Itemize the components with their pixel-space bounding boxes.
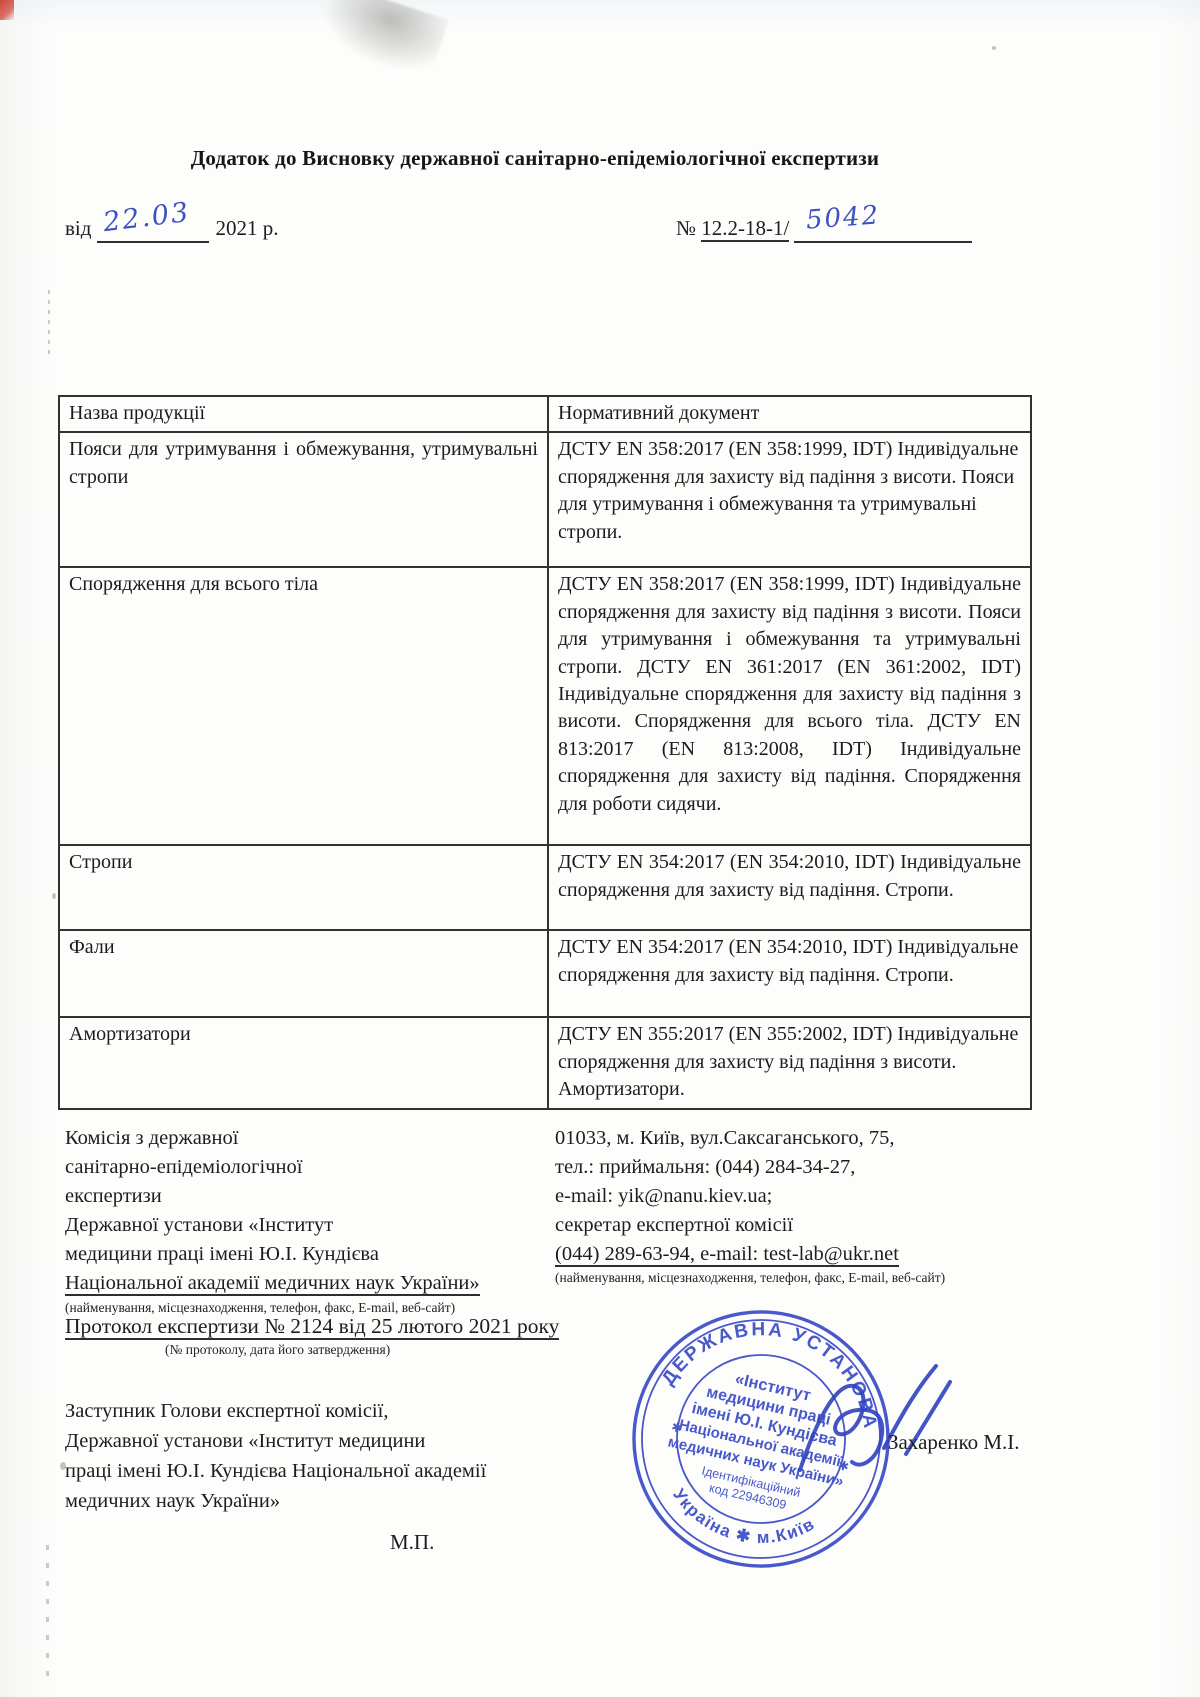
commission-contact-line: e-mail: yik@nanu.kiev.ua; <box>555 1182 945 1211</box>
signoff-line: Заступник Голови експертної комісії, <box>65 1396 486 1426</box>
handwritten-date: 22.03 <box>102 197 192 238</box>
number-label: № <box>676 216 696 240</box>
scan-fold-artifact <box>48 290 50 360</box>
protocol-caption: (№ протоколу, дата його затвердження) <box>165 1342 559 1358</box>
product-cell: Стропи <box>59 845 548 930</box>
commission-right-block: 01033, м. Київ, вул.Саксаганського, 75, … <box>555 1124 945 1286</box>
table-row: Спорядження для всього тіла ДСТУ EN 358:… <box>59 567 1031 845</box>
document-cell: ДСТУ EN 358:2017 (EN 358:1999, IDT) Інди… <box>548 567 1031 845</box>
table-row: Амортизатори ДСТУ EN 355:2017 (EN 355:20… <box>59 1017 1031 1108</box>
date-line: від22.03 2021 р. <box>65 216 278 243</box>
header-document: Нормативний документ <box>548 396 1031 432</box>
scan-speck <box>52 893 56 899</box>
document-cell: ДСТУ EN 354:2017 (EN 354:2010, IDT) Інди… <box>548 845 1031 930</box>
document-cell: ДСТУ EN 354:2017 (EN 354:2010, IDT) Інди… <box>548 930 1031 1017</box>
commission-line: експертизи <box>65 1182 480 1211</box>
signoff-line: праці імені Ю.І. Кундієва Національної а… <box>65 1456 486 1486</box>
signoff-line: Державної установи «Інститут медицини <box>65 1426 486 1456</box>
date-from-label: від <box>65 216 91 240</box>
signoff-line: медичних наук України» <box>65 1486 486 1516</box>
document-title: Додаток до Висновку державної санітарно-… <box>60 146 1010 171</box>
commission-line: медицини праці імені Ю.І. Кундієва <box>65 1240 480 1269</box>
scan-edge-artifact <box>46 1545 49 1685</box>
products-table: Назва продукції Нормативний документ Поя… <box>58 395 1032 1110</box>
protocol-text: Протокол експертизи № 2124 від 25 лютого… <box>65 1314 559 1340</box>
product-cell: Амортизатори <box>59 1017 548 1108</box>
table-row: Фали ДСТУ EN 354:2017 (EN 354:2010, IDT)… <box>59 930 1031 1017</box>
scan-corner-artifact <box>0 0 14 20</box>
number-underline: 5042 <box>794 216 972 243</box>
table-row: Стропи ДСТУ EN 354:2017 (EN 354:2010, ID… <box>59 845 1031 930</box>
date-underline: 22.03 <box>97 216 209 243</box>
table-row: Пояси для утримування і обмежування, утр… <box>59 432 1031 567</box>
commission-line: Державної установи «Інститут <box>65 1211 480 1240</box>
signoff-block: Заступник Голови експертної комісії, Дер… <box>65 1396 486 1555</box>
commission-contact-line: секретар експертної комісії <box>555 1211 945 1240</box>
scan-smudge-artifact <box>315 0 448 79</box>
signer-name: Захаренко М.І. <box>888 1430 1020 1455</box>
protocol-line: Протокол експертизи № 2124 від 25 лютого… <box>65 1314 559 1358</box>
date-year: 2021 р. <box>215 216 278 240</box>
table-header-row: Назва продукції Нормативний документ <box>59 396 1031 432</box>
scanned-document-page: Додаток до Висновку державної санітарно-… <box>0 0 1200 1697</box>
stamp-graphic: ДЕРЖАВНА УСТАНОВА Україна ✱ м.Київ ✱ ✱ «… <box>600 1278 921 1599</box>
number-printed: 12.2-18-1/ <box>701 216 789 242</box>
number-line: № 12.2-18-1/5042 <box>676 216 972 243</box>
commission-left-block: Комісія з державної санітарно-епідеміоло… <box>65 1124 480 1316</box>
commission-secretary-contact-underlined: (044) 289-63-94, e-mail: test-lab@ukr.ne… <box>555 1243 899 1267</box>
handwritten-number: 5042 <box>805 200 881 235</box>
scan-speck <box>992 46 996 50</box>
institution-round-stamp: ДЕРЖАВНА УСТАНОВА Україна ✱ м.Київ ✱ ✱ «… <box>600 1278 921 1599</box>
seal-place-label: М.П. <box>390 1530 486 1555</box>
commission-right-caption: (найменування, місцезнаходження, телефон… <box>555 1270 945 1286</box>
commission-line: Комісія з державної <box>65 1124 480 1153</box>
document-cell: ДСТУ EN 358:2017 (EN 358:1999, IDT) Інди… <box>548 432 1031 567</box>
header-product: Назва продукції <box>59 396 548 432</box>
commission-institution-underlined: Національної академії медичних наук Укра… <box>65 1272 480 1296</box>
product-cell: Спорядження для всього тіла <box>59 567 548 845</box>
commission-contact-line: 01033, м. Київ, вул.Саксаганського, 75, <box>555 1124 945 1153</box>
product-cell: Пояси для утримування і обмежування, утр… <box>59 432 548 567</box>
document-cell: ДСТУ EN 355:2017 (EN 355:2002, IDT) Інди… <box>548 1017 1031 1108</box>
commission-line: санітарно-епідеміологічної <box>65 1153 480 1182</box>
product-cell: Фали <box>59 930 548 1017</box>
commission-contact-line: тел.: приймальня: (044) 284-34-27, <box>555 1153 945 1182</box>
